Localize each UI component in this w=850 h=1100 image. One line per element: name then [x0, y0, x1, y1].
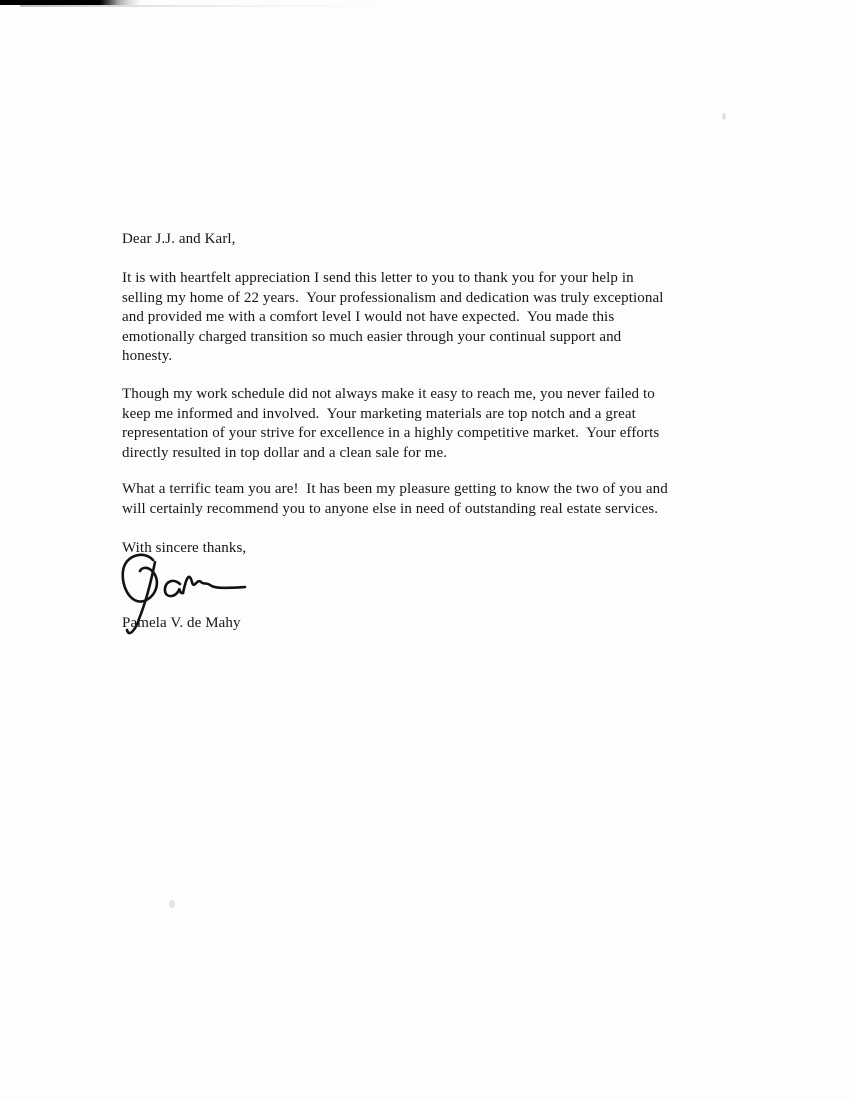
letter-paragraph: What a terrific team you are! It has bee… — [122, 480, 762, 519]
typed-signature-name: Pamela V. de Mahy — [122, 614, 762, 634]
scan-speck — [169, 900, 175, 908]
letter-paragraph: Though my work schedule did not always m… — [122, 385, 762, 463]
scanned-letter-page: Dear J.J. and Karl, It is with heartfelt… — [0, 0, 850, 1100]
letter-paragraph: It is with heartfelt appreciation I send… — [122, 269, 762, 367]
salutation: Dear J.J. and Karl, — [122, 230, 762, 250]
scan-speck — [722, 113, 726, 120]
scanner-edge-artifact — [0, 0, 140, 5]
